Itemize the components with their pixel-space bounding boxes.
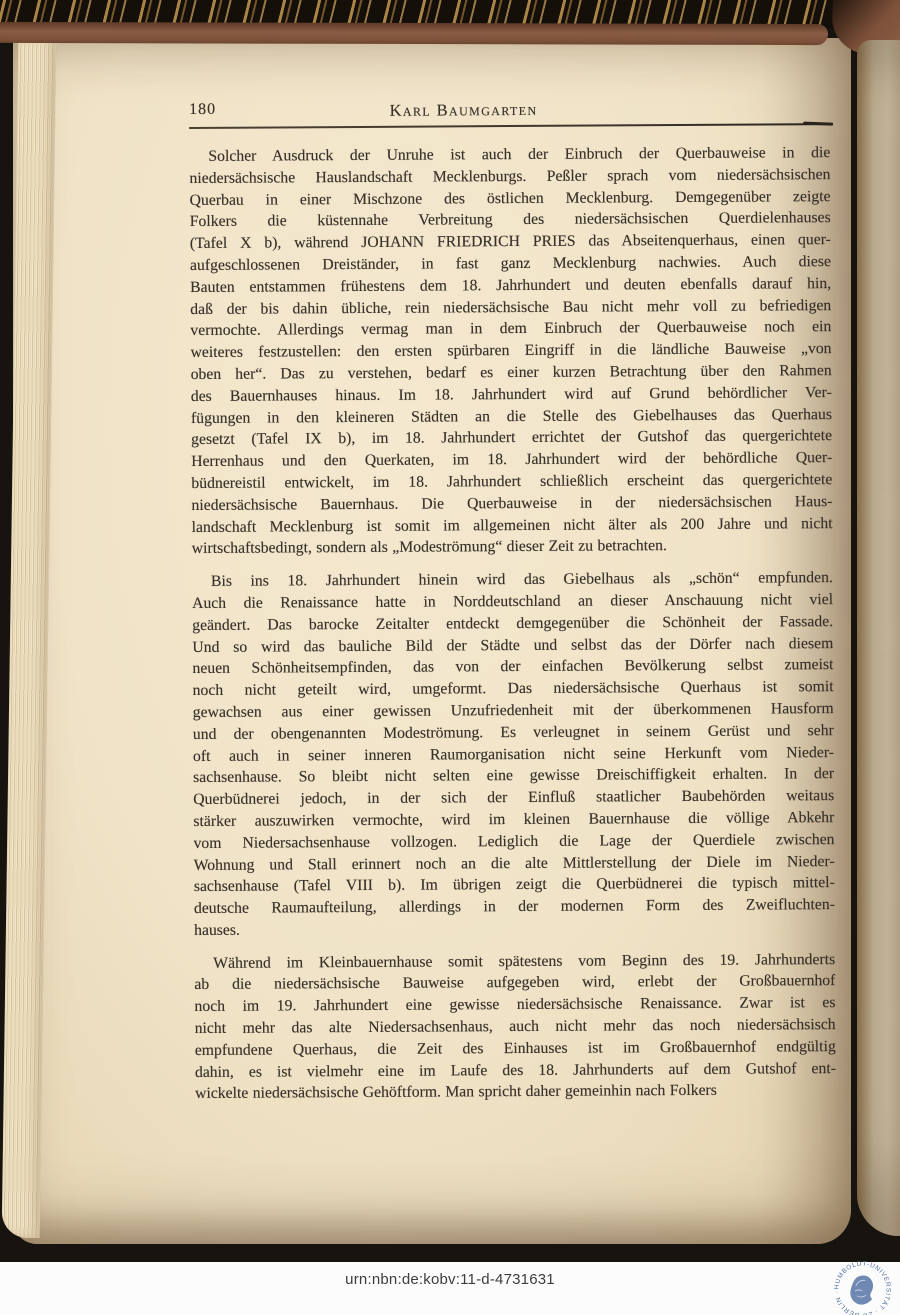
header-rule — [189, 123, 830, 129]
page-fore-edge-stripes — [2, 36, 57, 1238]
humboldt-university-seal: HUMBOLDT-UNIVERSITÄT · ZU BERLIN · — [830, 1257, 895, 1315]
book-page: 180 Karl Baumgarten Solcher Ausdruck der… — [13, 38, 851, 1244]
running-head: Karl Baumgarten — [189, 99, 738, 122]
paragraph: Solcher Ausdruck der Unruhe ist auch der… — [189, 142, 833, 560]
scan-footer: urn:nbn:de:kobv:11-d-4731631 HUMBOLDT-UN… — [0, 1262, 900, 1315]
text-line: wirtschaftsbedingt, sondern als „Modestr… — [192, 534, 833, 560]
text-line: landschaft Mecklenburg ist somit im allg… — [192, 513, 833, 539]
page-content: 180 Karl Baumgarten Solcher Ausdruck der… — [189, 97, 836, 1105]
page-header: 180 Karl Baumgarten — [189, 97, 830, 123]
scanned-book-photo: 180 Karl Baumgarten Solcher Ausdruck der… — [0, 0, 900, 1262]
paragraph: Bis ins 18. Jahrhundert hinein wird das … — [192, 567, 835, 941]
urn-identifier: urn:nbn:de:kobv:11-d-4731631 — [0, 1271, 900, 1288]
text-line: hauses. — [194, 916, 835, 942]
seal-portrait-head-icon — [850, 1276, 873, 1305]
text-line: wickelte niedersächsische Gehöftform. Ma… — [195, 1080, 836, 1106]
adjacent-page-edge — [857, 40, 900, 1236]
book-cover-edge — [0, 22, 828, 45]
paragraph: Während im Kleinbauernhause somit spätes… — [194, 949, 836, 1105]
text-line: deutsche Raumaufteilung, allerdings in d… — [194, 894, 835, 920]
text-line: vom Niedersachsenhause vollzogen. Ledigl… — [193, 829, 834, 855]
body-text: Solcher Ausdruck der Unruhe ist auch der… — [189, 142, 836, 1105]
text-line: dahin, es ist vielmehr eine im Laufe des… — [195, 1058, 836, 1084]
